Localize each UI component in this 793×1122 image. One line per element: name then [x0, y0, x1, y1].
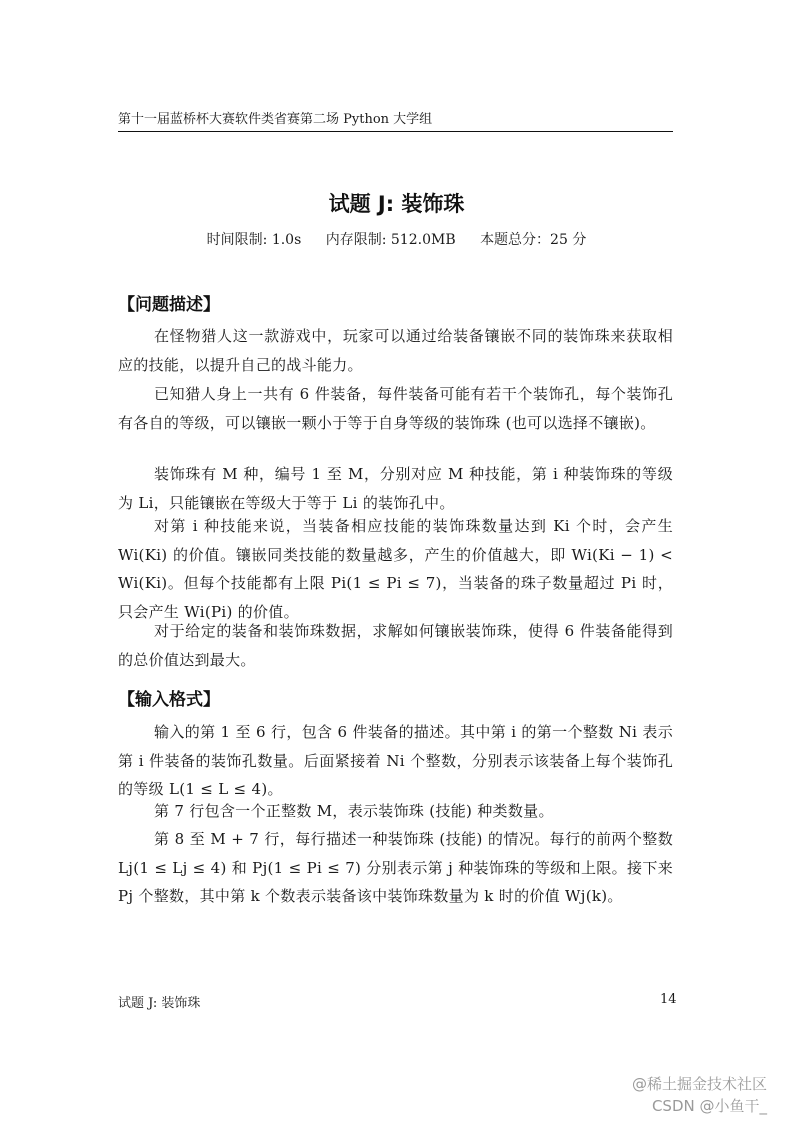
problem-limits: 时间限制: 1.0s 内存限制: 512.0MB 本题总分：25 分 [0, 230, 793, 250]
time-limit: 时间限制: 1.0s [207, 232, 302, 248]
running-header: 第十一届蓝桥杯大赛软件类省赛第二场 Python 大学组 [118, 112, 673, 132]
watermark: @稀土掘金技术社区 CSDN @小鱼干_ [632, 1073, 767, 1117]
page-number: 14 [660, 992, 677, 1007]
input-paragraph-2: 第 7 行包含一个正整数 M，表示装饰珠 (技能) 种类数量。 [118, 797, 673, 826]
memory-limit: 内存限制: 512.0MB [326, 232, 456, 248]
description-paragraph-5: 对于给定的装备和装饰珠数据，求解如何镶嵌装饰珠，使得 6 件装备能得到的总价值达… [118, 617, 673, 674]
watermark-line-2: CSDN @小鱼干_ [632, 1095, 767, 1117]
watermark-line-1: @稀土掘金技术社区 [632, 1073, 767, 1095]
section-heading-description: 【问题描述】 [118, 293, 220, 317]
description-paragraph-2: 已知猎人身上一共有 6 件装备，每件装备可能有若干个装饰孔，每个装饰孔有各自的等… [118, 380, 673, 437]
description-paragraph-3: 装饰珠有 M 种，编号 1 至 M，分别对应 M 种技能，第 i 种装饰珠的等级… [118, 460, 673, 517]
section-heading-input-format: 【输入格式】 [118, 688, 220, 712]
total-score: 本题总分：25 分 [480, 232, 586, 248]
input-paragraph-1: 输入的第 1 至 6 行，包含 6 件装备的描述。其中第 i 的第一个整数 Ni… [118, 718, 673, 804]
footer-title: 试题 J: 装饰珠 [118, 992, 200, 1011]
problem-title: 试题 J: 装饰珠 [0, 190, 793, 218]
input-paragraph-3: 第 8 至 M + 7 行，每行描述一种装饰珠 (技能) 的情况。每行的前两个整… [118, 825, 673, 911]
description-paragraph-4: 对第 i 种技能来说，当装备相应技能的装饰珠数量达到 Ki 个时，会产生 Wi(… [118, 512, 673, 626]
description-paragraph-1: 在怪物猎人这一款游戏中，玩家可以通过给装备镶嵌不同的装饰珠来获取相应的技能，以提… [118, 322, 673, 379]
